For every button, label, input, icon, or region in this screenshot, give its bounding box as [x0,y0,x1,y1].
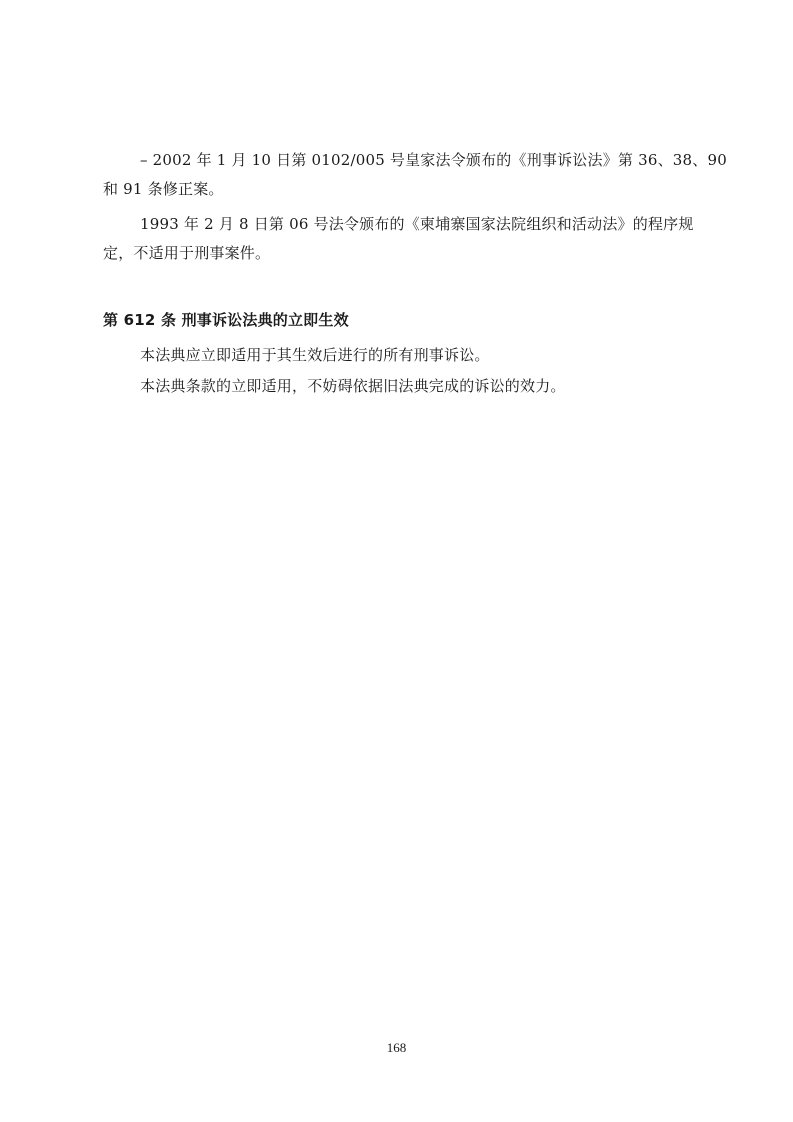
amendment-paragraph-line-1: – 2002 年 1 月 10 日第 0102/005 号皇家法令颁布的《刑事诉… [140,150,727,170]
page-number: 168 [0,1040,793,1056]
article-heading: 第 612 条 刑事诉讼法典的立即生效 [103,310,349,330]
procedure-paragraph-line-2: 定，不适用于刑事案件。 [103,243,270,263]
article-paragraph-2: 本法典条款的立即适用，不妨碍依据旧法典完成的诉讼的效力。 [140,376,566,396]
document-page: – 2002 年 1 月 10 日第 0102/005 号皇家法令颁布的《刑事诉… [0,0,793,1122]
article-paragraph-1: 本法典应立即适用于其生效后进行的所有刑事诉讼。 [140,345,490,365]
procedure-paragraph-line-1: 1993 年 2 月 8 日第 06 号法令颁布的《柬埔寨国家法院组织和活动法》… [140,214,694,234]
amendment-paragraph-line-2: 和 91 条修正案。 [103,179,224,199]
